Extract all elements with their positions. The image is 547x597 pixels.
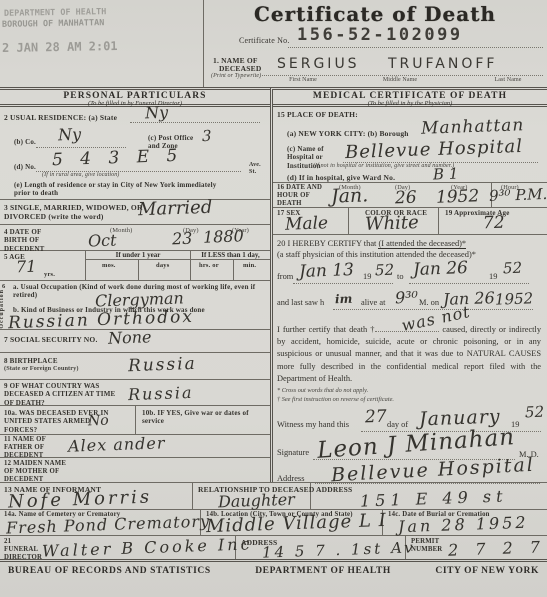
death-day-value: 26 xyxy=(395,188,417,209)
informant-address-label: ADDRESS xyxy=(316,485,352,494)
permit-number-value: 2 7 2 7 xyxy=(448,537,547,559)
row-occupation: 6 Occupation a. Usual Occupation (Kind o… xyxy=(0,281,270,330)
burial-date-value: Jan 28 1952 xyxy=(398,513,529,537)
usual-residence-label: 2 USUAL RESIDENCE: (a) State xyxy=(4,113,117,122)
deceased-last-name: TRUFANOFF xyxy=(388,56,497,72)
medical-certificate-subtitle: (To be filled in by the Physician) xyxy=(273,100,547,107)
armed-forces-divider xyxy=(135,406,136,434)
row-date-of-death: 16 DATE AND HOUR OF DEATH (Month) (Day) … xyxy=(273,183,547,208)
received-stamp-date: 2 JAN 28 AM 2:01 xyxy=(2,39,118,55)
age-under1day-cell: If LESS than 1 day, hrs. or min. xyxy=(190,251,270,281)
age-hrs-head: hrs. or xyxy=(199,262,219,270)
row-date-of-birth: 4 DATE OF BIRTH OF DECEDENT (Month) (Day… xyxy=(0,225,270,251)
ward-value: B 1 xyxy=(433,165,459,184)
first-name-sublabel: First Name xyxy=(268,77,338,83)
director-address-value: 14 5 7 . 1st Av xyxy=(262,538,416,561)
cert-no-label: Certificate No. xyxy=(239,36,290,46)
funeral-director-label: 21 FUNERAL DIRECTOR xyxy=(4,538,44,562)
row-cemetery: 14a. Name of Cemetery or Crematory Fresh… xyxy=(0,510,547,536)
personal-particulars-subtitle: (To be filled in by Funeral Director) xyxy=(0,100,270,107)
age-value: 71 xyxy=(16,257,37,277)
occupation-vertical-label: Occupation xyxy=(0,289,5,329)
received-stamp-dept: DEPARTMENT OF HEALTH xyxy=(4,7,107,19)
row-birthplace: 8 BIRTHPLACE (State or Foreign Country) … xyxy=(0,353,270,380)
last-saw-label-1: and last saw h xyxy=(277,297,324,309)
age-under1yr-split xyxy=(138,260,139,281)
father-name-label: 11 NAME OF FATHER OF DECEDENT xyxy=(4,436,66,460)
residence-rural-note: (If in rural area, give location) xyxy=(42,172,119,178)
row-sex-race-age: 17 SEX Male COLOR OR RACE White 19 Appro… xyxy=(273,208,547,235)
social-security-label: 7 SOCIAL SECURITY NO. xyxy=(4,335,98,344)
last-saw-year: 1952 xyxy=(495,289,534,308)
witness-label-1: Witness my hand this xyxy=(277,419,349,431)
to-year-value: 52 xyxy=(503,259,523,278)
certify-attended-underlined: (I attended the deceased)* xyxy=(378,239,466,249)
row-marital-status: 3 SINGLE, MARRIED, WIDOWED, OR DIVORCED … xyxy=(0,200,270,225)
personal-particulars-header: PERSONAL PARTICULARS (To be filled in by… xyxy=(0,90,270,107)
row-social-security: 7 SOCIAL SECURITY NO. None xyxy=(0,330,270,353)
social-security-value: None xyxy=(108,327,152,348)
certificate-header: DEPARTMENT OF HEALTH BOROUGH OF MANHATTA… xyxy=(0,0,547,87)
residence-st-label: St. xyxy=(249,169,256,176)
further-certify-text-1: I further certify that death † xyxy=(277,325,375,334)
last-saw-time: 9³⁰ xyxy=(395,288,419,308)
nyc-borough-label: (a) NEW YORK CITY: (b) Borough xyxy=(287,129,409,138)
race-value: White xyxy=(365,212,419,235)
attended-to-label: to xyxy=(397,271,404,283)
name-of-deceased-label-3: (Print or Typewrite) xyxy=(211,73,261,79)
certify-line-1a: 20 I HEREBY CERTIFY that xyxy=(277,239,378,248)
relationship-value: Daughter xyxy=(218,490,295,512)
row-age: 5 AGE 71 yrs. If under 1 year mos. days … xyxy=(0,251,270,281)
dob-day-value: 23 xyxy=(172,229,193,249)
residence-number-label: (d) No. xyxy=(14,163,36,171)
mother-name-label: 12 MAIDEN NAME OF MOTHER OF DECEDENT xyxy=(4,460,74,484)
informant-divider-1 xyxy=(192,483,193,509)
name-line xyxy=(262,74,543,76)
age-min-head: min. xyxy=(243,262,256,270)
personal-particulars-column: PERSONAL PARTICULARS (To be filled in by… xyxy=(0,87,270,482)
residence-state-value: Ny xyxy=(145,103,169,123)
signature-label: Signature xyxy=(277,447,309,459)
age-under1yr-cell: If under 1 year mos. days xyxy=(85,251,190,281)
from-year-value: 52 xyxy=(375,261,395,280)
row-place-of-death: 15 PLACE OF DEATH: (a) NEW YORK CITY: (b… xyxy=(273,107,547,183)
residence-county-label: (b) Co. xyxy=(14,138,36,146)
sex-race-divider xyxy=(348,208,349,234)
residence-postoffice-value: 3 xyxy=(202,127,212,145)
attended-from-label: from xyxy=(277,271,293,283)
medical-certificate-column: MEDICAL CERTIFICATE OF DEATH (To be fill… xyxy=(270,87,547,482)
last-saw-him: im xyxy=(335,292,353,307)
last-name-sublabel: Last Name xyxy=(478,77,538,83)
age-unit: yrs. xyxy=(44,271,55,279)
cert-no-value: 156-52-102099 xyxy=(297,25,463,45)
dob-month-value: Oct xyxy=(88,231,117,251)
witness-year: 52 xyxy=(525,403,545,422)
witness-day: 27 xyxy=(365,407,387,428)
header-divider xyxy=(203,0,204,87)
permit-number-label: PERMIT NUMBER xyxy=(411,538,447,554)
death-certificate-scan: DEPARTMENT OF HEALTH BOROUGH OF MANHATTA… xyxy=(0,0,547,597)
death-hour-value: 9³⁰ P.M. xyxy=(489,185,547,205)
residence-number-value: 5 4 3 E 5 xyxy=(52,146,184,171)
citizenship-value: Russia xyxy=(128,383,194,404)
death-year-value: 1952 xyxy=(436,186,480,207)
row-funeral-director: 21 FUNERAL DIRECTOR Walter B Cooke Inc A… xyxy=(0,536,547,562)
informant-name-value: Nofe Morris xyxy=(8,486,153,512)
place-of-death-label: 15 PLACE OF DEATH: xyxy=(277,110,358,119)
age-under1day-split xyxy=(233,260,234,281)
attended-from-value: Jan 13 xyxy=(299,260,355,282)
medical-certificate-header: MEDICAL CERTIFICATE OF DEATH (To be fill… xyxy=(273,90,547,107)
middle-name-sublabel: Middle Name xyxy=(365,77,435,83)
residence-length-label: (e) Length of residence or stay in City … xyxy=(14,181,224,198)
row-armed-forces: 10a. WAS DECEASED EVER IN UNITED STATES … xyxy=(0,406,270,435)
marital-status-label: 3 SINGLE, MARRIED, WIDOWED, OR DIVORCED … xyxy=(4,203,144,221)
marital-status-value: Married xyxy=(138,197,213,221)
from-line xyxy=(293,282,393,284)
ward-label: (d) If in hospital, give Ward No. xyxy=(287,173,395,182)
row-father-name: 11 NAME OF FATHER OF DECEDENT Alex ander xyxy=(0,435,270,458)
hospital-value: Bellevue Hospital xyxy=(345,136,524,163)
footer-city: CITY OF NEW YORK xyxy=(435,566,539,576)
deceased-first-name: SERGIUS xyxy=(277,56,360,72)
dob-label: 4 DATE OF BIRTH OF DECEDENT xyxy=(4,228,66,253)
informant-address-value: 151 E 49 st xyxy=(360,486,508,510)
age-months-head: mos. xyxy=(102,262,116,270)
received-stamp-borough: BOROUGH OF MANHATTAN xyxy=(2,18,105,30)
attended-to-value: Jan 26 xyxy=(413,258,469,280)
age-under1yr-head: If under 1 year xyxy=(86,251,190,260)
father-name-value: Alex ander xyxy=(68,433,166,455)
certificate-title: Certificate of Death xyxy=(210,2,540,26)
residence-county-value: Ny xyxy=(58,125,82,145)
name-of-deceased-label-2: DECEASED xyxy=(219,64,261,73)
race-age-divider xyxy=(438,208,439,234)
citizenship-label: 9 OF WHAT COUNTRY WAS DECEASED A CITIZEN… xyxy=(4,382,119,407)
cert-no-line xyxy=(288,46,543,48)
footer-department: DEPARTMENT OF HEALTH xyxy=(255,566,391,576)
footnote-see-instruction: † See first instruction on reverse of ce… xyxy=(277,396,394,403)
row-mother-name: 12 MAIDEN NAME OF MOTHER OF DECEDENT xyxy=(0,458,270,485)
footnote-cross-out: * Cross out words that do not apply. xyxy=(277,387,368,394)
age-days-head: days xyxy=(156,262,169,270)
funeral-director-value: Walter B Cooke Inc xyxy=(42,534,253,560)
dob-year-value: 1880 xyxy=(203,226,244,246)
armed-forces-value: No xyxy=(88,413,109,430)
sex-value: Male xyxy=(285,213,329,234)
row-informant: 13 NAME OF INFORMANT Nofe Morris RELATIO… xyxy=(0,482,547,510)
birthplace-value: Russia xyxy=(128,354,197,376)
footer-bureau: BUREAU OF RECORDS AND STATISTICS xyxy=(8,566,211,576)
age-under1day-head: If LESS than 1 day, xyxy=(191,251,270,260)
to-line xyxy=(409,282,529,284)
birthplace-sublabel: (State or Foreign Country) xyxy=(4,365,79,372)
date-of-death-label: 16 DATE AND HOUR OF DEATH xyxy=(277,184,332,208)
footer: BUREAU OF RECORDS AND STATISTICS DEPARTM… xyxy=(0,566,547,576)
row-certification: 20 I HEREBY CERTIFY that (I attended the… xyxy=(273,235,547,485)
death-month-value: Jan. xyxy=(331,184,369,207)
row-usual-residence: 2 USUAL RESIDENCE: (a) State Ny (b) Co. … xyxy=(0,107,270,200)
row-citizenship: 9 OF WHAT COUNTRY WAS DECEASED A CITIZEN… xyxy=(0,380,270,406)
borough-value: Manhattan xyxy=(421,115,525,139)
approx-age-value: 72 xyxy=(483,213,505,234)
armed-forces-ifyes-label: 10b. IF YES, Give war or dates of servic… xyxy=(142,409,262,426)
residence-state-line xyxy=(130,121,260,123)
